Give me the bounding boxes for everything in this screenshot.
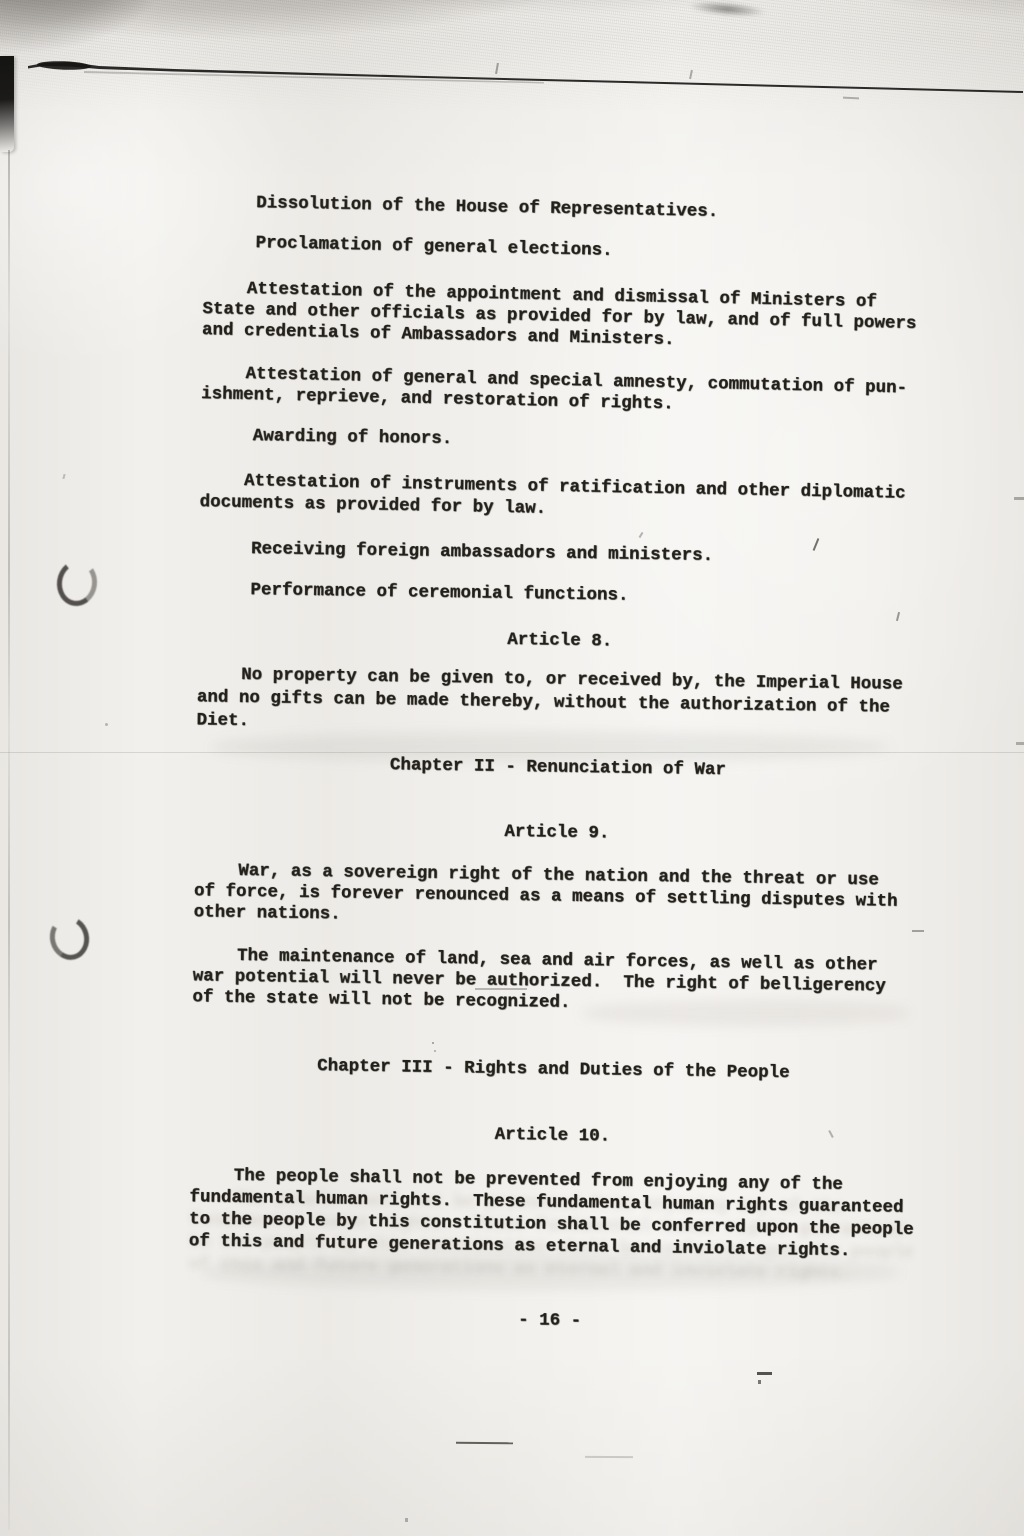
body-paragraph: Attestation of the appointment and dismi… (202, 278, 927, 356)
body-paragraph: War, as a sovereign right of the nation … (194, 860, 919, 934)
enumeration-item: Receiving foreign ambassadors and minist… (199, 538, 923, 570)
body-paragraph: The people shall not be prevented from e… (189, 1164, 914, 1263)
text-line: Article 8. (198, 625, 922, 657)
text-line: Dissolution of the House of Representati… (204, 192, 928, 227)
text-line: Receiving foreign ambassadors and minist… (199, 538, 923, 570)
page-number: - 16 - (188, 1305, 956, 1338)
body-paragraph: No property can be given to, or received… (196, 663, 921, 743)
enumeration-item: Dissolution of the House of Representati… (204, 192, 928, 227)
text-line: Proclamation of general elections. (203, 232, 927, 269)
text-line: Chapter II - Renunciation of War (196, 752, 920, 784)
text-line: Article 9. (195, 817, 919, 849)
body-paragraph: The maintenance of land, sea and air for… (192, 945, 917, 1019)
scanned-document-page: The people shall not be prevented from e… (0, 0, 1024, 1536)
body-paragraph: Attestation of instruments of ratificati… (199, 470, 924, 527)
text-line: Article 10. (190, 1120, 914, 1152)
section-heading: Article 8. (198, 625, 966, 658)
section-heading: Chapter II - Renunciation of War (196, 752, 964, 785)
section-heading: Article 9. (195, 817, 963, 850)
text-line: Chapter III - Rights and Duties of the P… (191, 1054, 915, 1086)
body-paragraph: Attestation of general and special amnes… (201, 363, 926, 421)
enumeration-item: Proclamation of general elections. (203, 232, 927, 269)
section-heading: Chapter III - Rights and Duties of the P… (191, 1054, 959, 1087)
text-line: Performance of ceremonial functions. (198, 579, 922, 611)
enumeration-item: Performance of ceremonial functions. (198, 579, 922, 611)
text-line: Awarding of honors. (201, 425, 925, 457)
text-block: The people shall not be prevented from e… (0, 0, 1024, 1536)
enumeration-item: Awarding of honors. (201, 425, 925, 457)
section-heading: Article 10. (190, 1120, 958, 1153)
